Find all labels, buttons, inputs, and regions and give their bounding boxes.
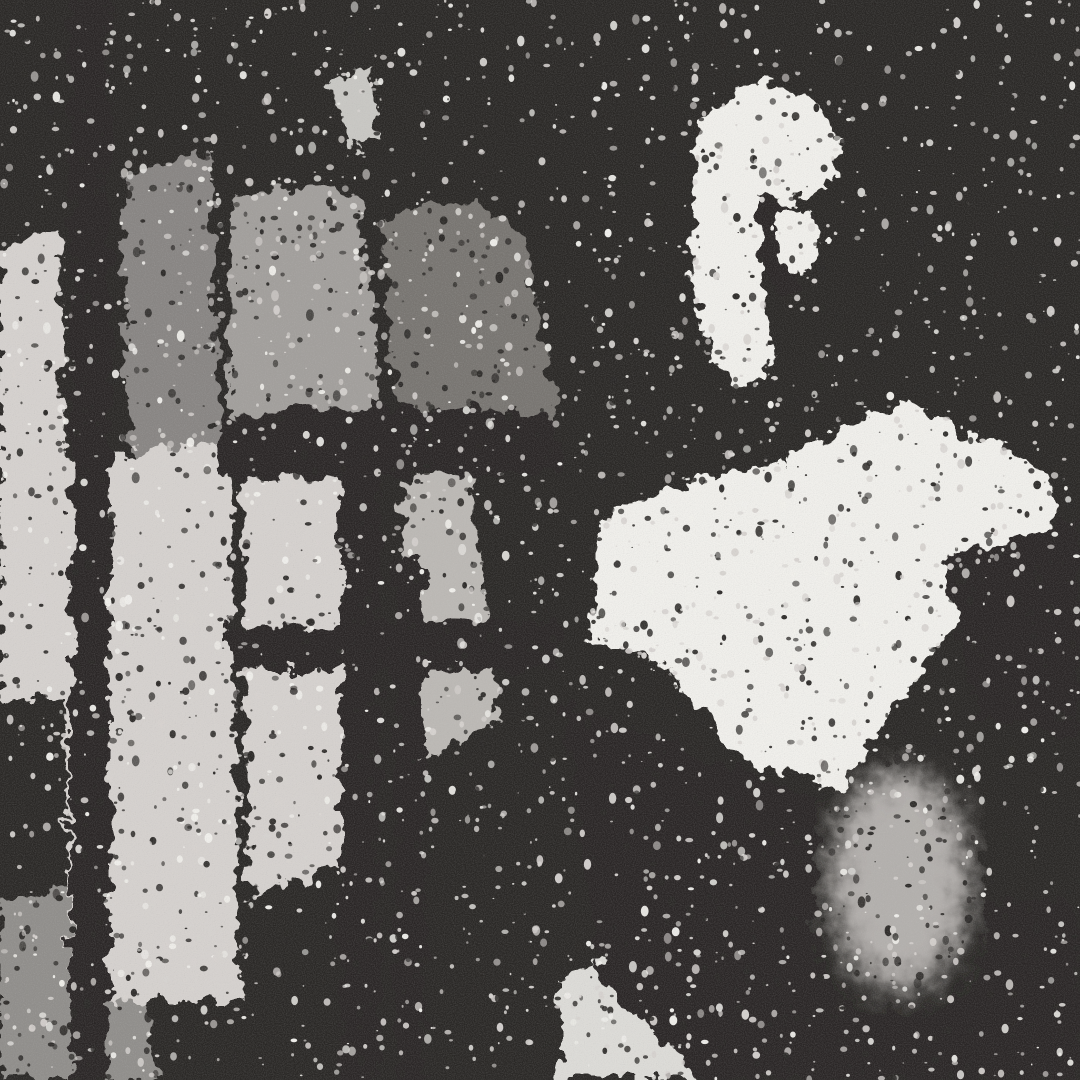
paper-noise [0, 0, 1080, 1080]
halftone-artwork [0, 0, 1080, 1080]
artwork-canvas [0, 0, 1080, 1080]
